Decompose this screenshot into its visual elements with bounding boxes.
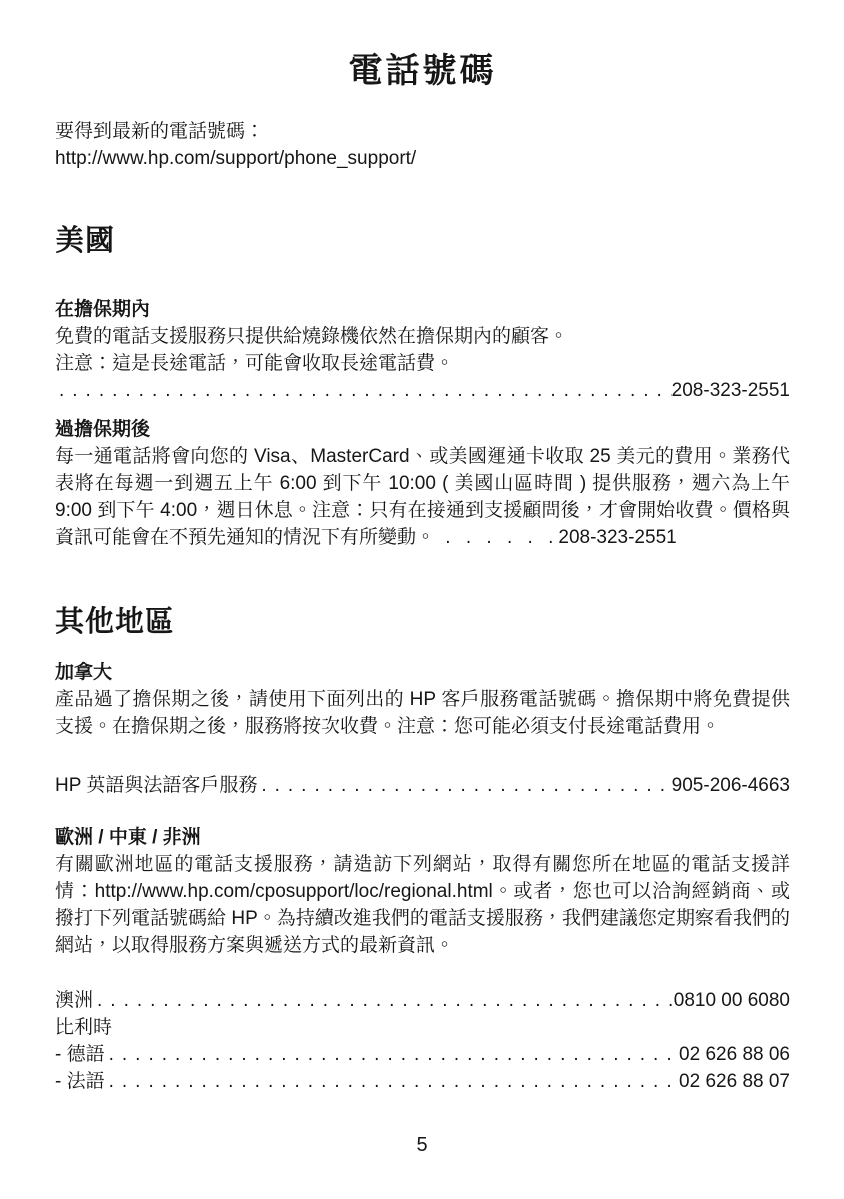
intro-text: 要得到最新的電話號碼： <box>55 118 790 145</box>
subheading-in-warranty: 在擔保期內 <box>55 296 790 323</box>
phone-number-australia: 0810 00 6080 <box>674 987 790 1014</box>
europe-phone-list: 澳洲 .....................................… <box>55 987 790 1095</box>
phone-label-belgium-german: - 德語 <box>55 1041 105 1068</box>
phone-leader-row-australia: 澳洲 .....................................… <box>55 987 790 1014</box>
after-warranty-body: 每一通電話將會向您的 Visa、MasterCard、或美國運通卡收取 25 美… <box>55 443 790 551</box>
phone-leader-row-canada: HP 英語與法語客戶服務 ...........................… <box>55 772 790 799</box>
phone-number-us-inwarranty: 208-323-2551 <box>672 377 790 404</box>
subheading-canada: 加拿大 <box>55 659 790 686</box>
leader-dots: ........................................… <box>105 1068 679 1095</box>
phone-number-belgium-french: 02 626 88 07 <box>679 1068 790 1095</box>
phone-row-belgium: 比利時 <box>55 1014 790 1041</box>
document-page: { "page": { "title": "電話號碼", "page_numbe… <box>0 0 844 1199</box>
inline-leader-dots: . . . . . . <box>435 527 558 548</box>
section-heading-us: 美國 <box>55 224 790 258</box>
phone-label-canada: HP 英語與法語客戶服務 <box>55 772 257 799</box>
phone-label-australia: 澳洲 <box>55 987 93 1014</box>
phone-number-canada: 905-206-4663 <box>672 772 790 799</box>
phone-label-belgium-french: - 法語 <box>55 1068 105 1095</box>
section-heading-other-regions: 其他地區 <box>55 605 790 639</box>
leader-dots: ........................................… <box>93 987 674 1014</box>
subheading-europe: 歐洲 / 中東 / 非洲 <box>55 824 790 851</box>
url-phone-support: http://www.hp.com/support/phone_support/ <box>55 145 790 172</box>
intro-block: 要得到最新的電話號碼： http://www.hp.com/support/ph… <box>55 118 790 172</box>
phone-leader-row-belgium-french: - 法語 ...................................… <box>55 1068 790 1095</box>
after-warranty-text: 每一通電話將會向您的 Visa、MasterCard、或美國運通卡收取 25 美… <box>55 446 790 548</box>
phone-label-belgium: 比利時 <box>55 1014 112 1041</box>
page-title: 電話號碼 <box>55 50 790 92</box>
leader-dots: ........................................… <box>55 377 672 404</box>
phone-number-belgium-german: 02 626 88 06 <box>679 1041 790 1068</box>
in-warranty-body-line2: 注意：這是長途電話，可能會收取長途電話費。 <box>55 350 790 377</box>
in-warranty-body-line1: 免費的電話支援服務只提供給燒錄機依然在擔保期內的顧客。 <box>55 323 790 350</box>
page-number: 5 <box>0 1132 844 1159</box>
phone-leader-row-belgium-german: - 德語 ...................................… <box>55 1041 790 1068</box>
leader-dots: ........................................… <box>257 772 671 799</box>
europe-body: 有關歐洲地區的電話支援服務，請造訪下列網站，取得有關您所在地區的電話支援詳情：h… <box>55 851 790 959</box>
subheading-after-warranty: 過擔保期後 <box>55 416 790 443</box>
canada-body: 產品過了擔保期之後，請使用下面列出的 HP 客戶服務電話號碼。擔保期中將免費提供… <box>55 686 790 740</box>
phone-number-us-afterwarranty: 208-323-2551 <box>558 527 676 548</box>
phone-leader-row-us-inwarranty: ........................................… <box>55 377 790 404</box>
leader-dots: ........................................… <box>105 1041 679 1068</box>
